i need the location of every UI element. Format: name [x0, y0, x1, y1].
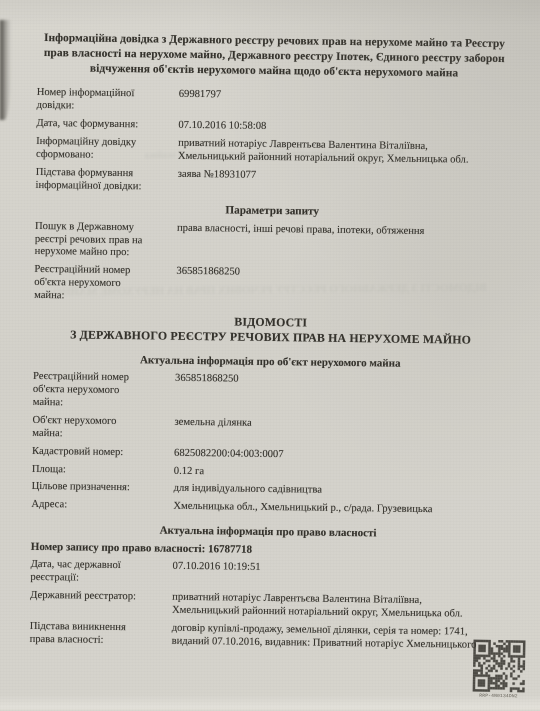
certificate-info-section: Номер інформаційної довідки: 69981797 Да… — [35, 87, 510, 199]
qr-code-label: RRP-4N0134DN2 — [470, 694, 526, 700]
query-row-regnumber: Реєстраційний номер об'єкта нерухомого м… — [34, 264, 508, 309]
field-label: Кадастровий номер: — [32, 445, 174, 460]
ownership-row-basis: Підстава виникнення права власності: дог… — [30, 621, 504, 653]
field-label: Цільове призначення: — [32, 481, 174, 496]
field-label: Адреса: — [31, 499, 173, 514]
field-label: Номер інформаційної довідки: — [37, 87, 179, 115]
field-value: земельна ділянка — [174, 416, 506, 446]
field-label: Державний реєстратор: — [30, 590, 172, 618]
qr-block: RRP-4N0134DN2 — [470, 640, 527, 700]
ownership-row-registrar: Державний реєстратор: приватний нотаріус… — [30, 590, 504, 622]
qr-code-icon — [473, 640, 526, 693]
info-row-date: Дата, час формування: 07.10.2016 10:58:0… — [36, 118, 510, 137]
field-value: для індивідуального садівництва — [174, 483, 506, 500]
object-row-address: Адреса: Хмельницька обл., Хмельницький р… — [31, 499, 505, 518]
object-row-purpose: Цільове призначення: для індивідуального… — [32, 481, 506, 500]
field-label: Пошук в Державному реєстрі речових прав … — [35, 220, 177, 261]
object-row-area: Площа: 0.12 га — [32, 463, 506, 482]
field-label: Дата, час формування: — [36, 118, 178, 133]
field-value: Хмельницька обл., Хмельницький р., с/рад… — [173, 501, 505, 518]
field-label: Об'єкт нерухомого майна: — [32, 415, 174, 443]
object-row-cadastre: Кадастровий номер: 6825082200:04:003:000… — [32, 445, 506, 464]
query-params-section: Пошук в Державному реєстрі речових прав … — [34, 220, 509, 309]
document-content: Інформаційна довідка з Державного реєстр… — [0, 0, 540, 711]
ownership-subheading: Актуальна інформація про право власності — [31, 523, 505, 543]
object-info-section: Реєстраційний номер об'єкта нерухомого м… — [31, 371, 507, 518]
query-row-search: Пошук в Державному реєстрі речових прав … — [35, 220, 509, 265]
field-label: Реєстраційний номер об'єкта нерухомого м… — [34, 264, 176, 305]
field-label: Підстава виникнення права власності: — [30, 621, 172, 649]
ownership-section: Дата, час державної реєстрації: 07.10.20… — [30, 559, 505, 653]
info-row-number: Номер інформаційної довідки: 69981797 — [37, 87, 511, 119]
object-row-regnumber: Реєстраційний номер об'єкта нерухомого м… — [33, 371, 507, 416]
field-label: Площа: — [32, 463, 174, 478]
field-value: 365851868250 — [175, 373, 507, 416]
field-value: договір купівлі-продажу, земельної ділян… — [172, 623, 504, 653]
field-label: Підстава формування інформаційної довідк… — [35, 167, 177, 195]
scanned-document-page: Актуальна інформація про об'єкт нерухомо… — [0, 0, 540, 711]
field-value: 6825082200:04:003:0007 — [174, 447, 506, 464]
field-label: Реєстраційний номер об'єкта нерухомого м… — [33, 371, 175, 412]
field-value: приватний нотаріус Лаврентьєва Валентина… — [178, 138, 510, 168]
object-row-type: Об'єкт нерухомого майна: земельна ділянк… — [32, 415, 506, 447]
field-value: заява №18931077 — [177, 169, 509, 199]
ownership-record-number: Номер запису про право власності: 167877… — [31, 541, 505, 561]
field-value: 07.10.2016 10:58:08 — [178, 120, 510, 137]
document-title: Інформаційна довідка з Державного реєстр… — [37, 31, 512, 83]
field-value: 365851868250 — [176, 266, 508, 309]
register-extract-heading: ВІДОМОСТІ З ДЕРЖАВНОГО РЕЄСТРУ РЕЧОВИХ П… — [34, 312, 508, 348]
info-row-issuer: Інформаційну довідку сформовано: приватн… — [36, 136, 510, 168]
field-label: Дата, час державної реєстрації: — [30, 559, 172, 587]
field-value: права власності, інші речові права, іпот… — [177, 222, 509, 265]
field-value: 69981797 — [178, 89, 510, 119]
field-value: приватний нотаріус Лаврентьєва Валентина… — [172, 592, 504, 622]
field-label: Інформаційну довідку сформовано: — [36, 136, 178, 164]
ownership-row-date: Дата, час державної реєстрації: 07.10.20… — [30, 559, 504, 591]
info-row-basis: Підстава формування інформаційної довідк… — [35, 167, 509, 199]
field-value: 0.12 га — [174, 465, 506, 482]
field-value: 07.10.2016 10:19:51 — [172, 561, 504, 591]
query-params-heading: Параметри запиту — [35, 202, 509, 222]
object-info-subheading: Актуальна інформація про об'єкт нерухомо… — [33, 352, 507, 372]
